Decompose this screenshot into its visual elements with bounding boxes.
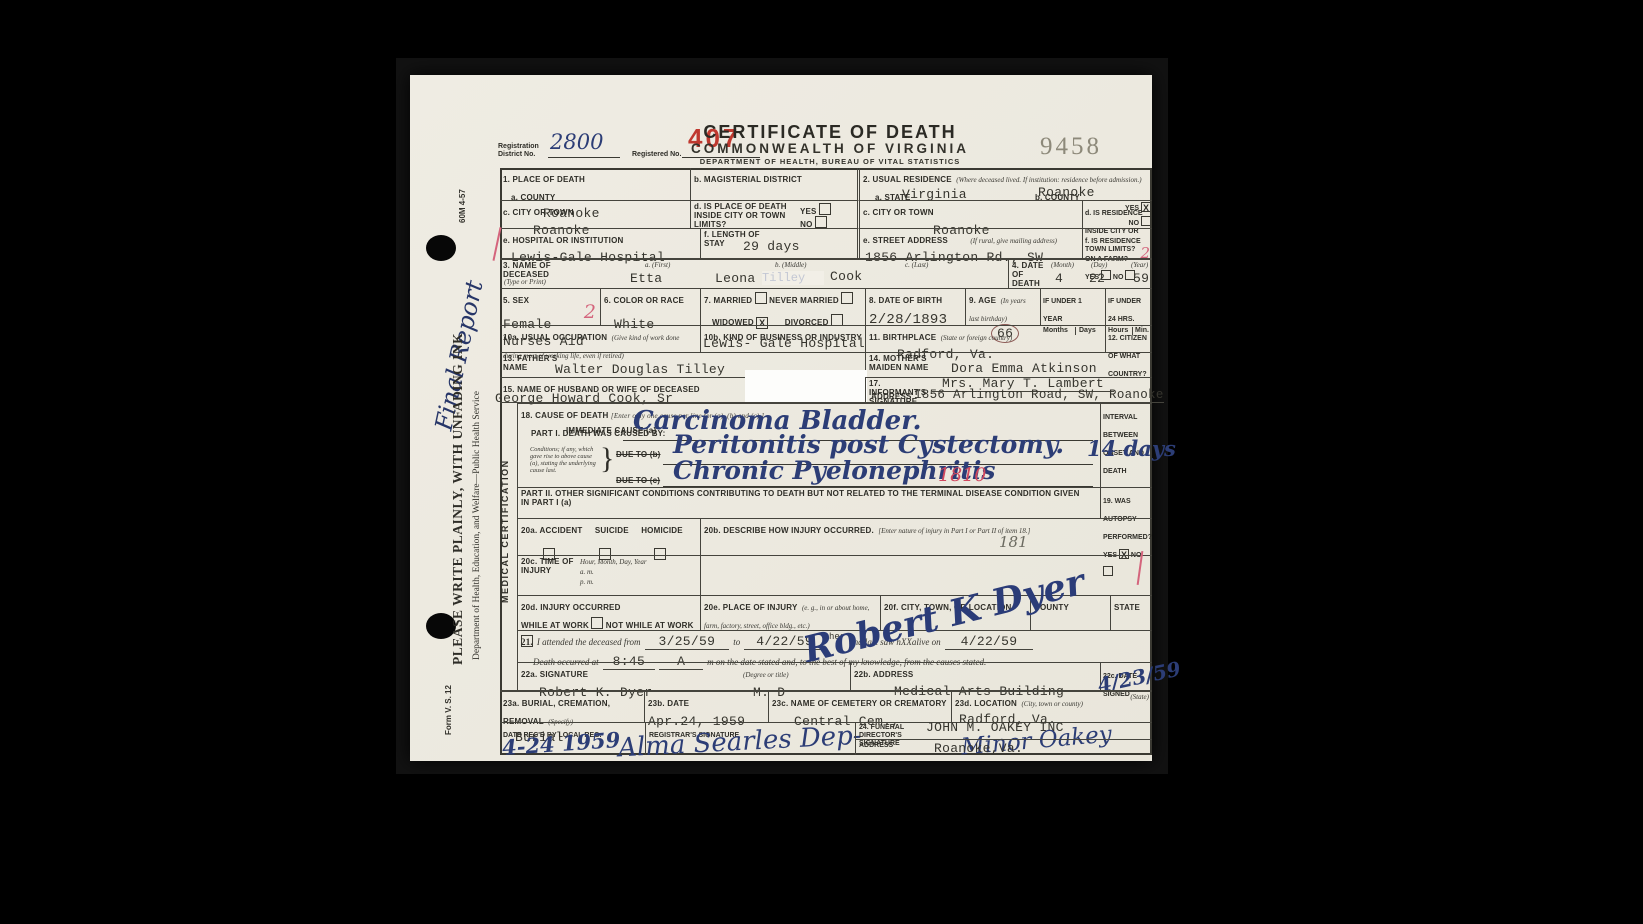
residence-label: 2. USUAL RESIDENCE	[863, 175, 952, 184]
field-residence-limits: d. IS RESIDENCE INSIDE CITY OR TOWN LIMI…	[1082, 200, 1152, 228]
name-middle-value: Leona	[715, 271, 756, 286]
place-city-label: c. CITY OR TOWN	[503, 208, 574, 217]
cause-label: 18. CAUSE OF DEATH	[521, 411, 608, 420]
death-date-label: 4. DATE OF DEATH	[1012, 261, 1046, 288]
informant-address-label: ADDRESS	[871, 392, 912, 401]
fd-address-label: ADDRESS	[859, 742, 893, 750]
field-birthplace: 11. BIRTHPLACE (State or foreign country…	[865, 325, 1105, 352]
marital-num: 7.	[704, 296, 711, 305]
stay-value: 29 days	[743, 239, 800, 254]
cause-b-value: Peritonitis post Cystectomy.	[673, 430, 1064, 459]
residence-county-value: Roanoke	[1038, 185, 1095, 200]
field-informant: 17. INFORMANT'S SIGNATURE Mrs. Mary T. L…	[865, 377, 1152, 402]
field-date-signed: 22c. DATE SIGNED 4/23/59	[1100, 662, 1152, 690]
residence-limits-yes-mark: X	[1143, 203, 1149, 213]
injury-a-num: 20a.	[521, 526, 537, 535]
marital-married-checkbox	[755, 292, 767, 304]
death-month-label: (Month)	[1051, 261, 1074, 269]
cause-part2: PART II. OTHER SIGNIFICANT CONDITIONS CO…	[521, 489, 1081, 507]
injury-e-label: 20e. PLACE OF INJURY	[704, 603, 798, 612]
field-length-of-stay: f. LENGTH OF STAY 29 days	[700, 228, 857, 258]
injury-c-note1: Hour, Month, Day, Year	[580, 558, 647, 566]
place-limits-yes-checkbox	[819, 203, 831, 215]
field-injury-describe-right	[1100, 518, 1152, 555]
residence-city-label: c. CITY OR TOWN	[863, 208, 934, 217]
department-margin-text: Department of Health, Education, and Wel…	[472, 270, 482, 660]
interval-b-value: 14 days	[1087, 436, 1176, 461]
field-age: 9. AGE (In years last birthday) 66	[965, 288, 1040, 325]
attend-num: 21.	[521, 637, 533, 647]
field-sex: 5. SEX Female 2	[500, 288, 600, 325]
injury-state-label: STATE	[1114, 603, 1140, 612]
field-if-under-24-hrs: IF UNDER 24 HRS. Hours Min.	[1105, 288, 1152, 325]
place-label: 1. PLACE OF DEATH	[503, 175, 585, 184]
under1-label: IF UNDER 1 YEAR	[1043, 298, 1082, 323]
sex-red-mark: 2	[584, 301, 596, 323]
field-burial-date: 23b. DATE Apr.24, 1959	[644, 690, 768, 722]
field-degree: (Degree or title) M. D	[740, 662, 850, 690]
field-magisterial-district: b. MAGISTERIAL DISTRICT	[690, 168, 857, 200]
residence-limits-no-checkbox	[1141, 216, 1151, 226]
field-address-22b: 22b. ADDRESS Medical Arts Building	[850, 662, 1100, 690]
injury-d-not: NOT WHILE AT WORK	[606, 621, 694, 630]
field-race: 6. COLOR OR RACE White	[600, 288, 700, 325]
field-residence-city: c. CITY OR TOWN Roanoke	[857, 200, 1082, 228]
injury-d-while: WHILE AT WORK	[521, 621, 589, 630]
medical-certification-label: MEDICAL CERTIFICATION	[500, 403, 515, 659]
sex-label: 5. SEX	[503, 296, 529, 305]
field-residence-farm: f. IS RESIDENCE ON A FARM? YES NO 2	[1082, 228, 1152, 258]
write-plainly-text: PLEASE WRITE PLAINLY, WITH UNFADING INK	[450, 265, 466, 665]
field-autopsy: 19. WAS AUTOPSY PERFORMED? YES X NO	[1100, 487, 1152, 518]
field-occupation: 10a. USUAL OCCUPATION (Give kind of work…	[500, 325, 700, 352]
burial-d-label: 23d. LOCATION	[955, 699, 1017, 708]
residence-limits-yes-label: YES	[1125, 205, 1139, 212]
punch-hole-top	[426, 235, 456, 261]
residence-label-note: (Where deceased lived. If institution: r…	[956, 176, 1141, 184]
field-date-of-birth: 8. DATE OF BIRTH 2/28/1893	[865, 288, 965, 325]
name-first-label: a. (First)	[645, 261, 670, 269]
birthplace-label: 11. BIRTHPLACE	[869, 333, 936, 342]
certificate-title: CERTIFICATE OF DEATH	[620, 122, 1040, 143]
burial-c-label: 23c. NAME OF CEMETERY OR CREMATORY	[772, 699, 947, 708]
injury-accident-label: ACCIDENT	[540, 526, 583, 535]
field-marital-status: 7. MARRIED NEVER MARRIED WIDOWED X DIVOR…	[700, 288, 865, 325]
father-value: Walter Douglas Tilley	[555, 362, 725, 377]
reg-district-label: Registration District No.	[498, 143, 550, 159]
father-label: 13. FATHER'S NAME	[503, 354, 563, 372]
marital-never-label: NEVER MARRIED	[769, 296, 839, 305]
informant-address-value: 1856 Arlington Road, SW, Roanoke	[914, 388, 1164, 403]
injury-homicide-label: HOMICIDE	[641, 526, 683, 535]
field-spouse-name: 15. NAME OF HUSBAND OR WIFE OF DECEASED …	[500, 377, 865, 402]
injury-c-label: 20c. TIME OF INJURY	[521, 557, 583, 575]
field-injury-state: STATE	[1110, 595, 1152, 630]
name-note: (Type or Print)	[504, 278, 546, 286]
sig22-b-label: 22b. ADDRESS	[854, 670, 913, 679]
name-first-value: Etta	[630, 271, 662, 286]
reg-district-value: 2800	[550, 130, 603, 154]
burial-d-note: (City, town or county)	[1021, 700, 1082, 708]
injury-b-label: 20b. DESCRIBE HOW INJURY OCCURRED.	[704, 526, 874, 535]
death-year-label: (Year)	[1131, 261, 1148, 269]
under24-label: IF UNDER 24 HRS.	[1108, 298, 1141, 323]
scanned-death-certificate: 60M 4-57 Final Report PLEASE WRITE PLAIN…	[0, 0, 1643, 924]
field-cause-of-death: 18. CAUSE OF DEATH [Enter only one cause…	[517, 402, 1100, 487]
field-injury-type: 20a. ACCIDENT SUICIDE HOMICIDE	[517, 518, 700, 555]
field-registrar-signature: REGISTRAR'S SIGNATURE Alma Searles Dep-	[645, 722, 855, 755]
name-last-label: c. (Last)	[905, 261, 928, 269]
field-hospital: e. HOSPITAL OR INSTITUTION Lewis-Gale Ho…	[500, 228, 700, 258]
mother-label: 14. MOTHER'S MAIDEN NAME	[869, 354, 949, 372]
place-limits-yes-label: YES	[800, 207, 817, 216]
field-injury-describe: 20b. DESCRIBE HOW INJURY OCCURRED. [Ente…	[700, 518, 1100, 555]
certificate-paper: 60M 4-57 Final Report PLEASE WRITE PLAIN…	[410, 75, 1152, 761]
injury-c-note3: p. m.	[580, 578, 594, 586]
injury-b-pencil: 181	[999, 533, 1028, 551]
field-signature-22a: 22a. SIGNATURE Robert K. Dyer	[517, 662, 740, 690]
name-label: 3. NAME OF DECEASED	[503, 261, 565, 279]
reg-district-line	[548, 157, 620, 158]
sig22-a-label: 22a. SIGNATURE	[521, 670, 588, 679]
form-number: Form V. S. 12	[444, 675, 453, 735]
magisterial-label: b. MAGISTERIAL DISTRICT	[694, 175, 802, 184]
name-last-value: Cook	[830, 269, 862, 284]
death-year-value: 59	[1133, 271, 1149, 286]
marital-never-checkbox	[841, 292, 853, 304]
field-date-of-death: 4. DATE OF DEATH (Month) (Day) (Year) 4 …	[1008, 258, 1152, 288]
field-street-address: e. STREET ADDRESS (If rural, give mailin…	[857, 228, 1082, 258]
place-limits-no-checkbox	[815, 216, 827, 228]
field-part2: PART II. OTHER SIGNIFICANT CONDITIONS CO…	[517, 487, 1100, 518]
field-place-limits: d. IS PLACE OF DEATH INSIDE CITY OR TOWN…	[690, 200, 857, 228]
place-limits-label: d. IS PLACE OF DEATH INSIDE CITY OR TOWN…	[694, 202, 799, 229]
name-whiteout-ghost: Tilley	[762, 271, 824, 285]
name-middle-label: b. (Middle)	[775, 261, 807, 269]
field-citizen: 12. CITIZEN OF WHAT COUNTRY?	[1105, 325, 1152, 352]
cause-c-code: 1810	[938, 464, 986, 486]
race-label: 6. COLOR OR RACE	[604, 296, 684, 305]
injury-c-note2: a. m.	[580, 568, 594, 576]
attend-from-value: 3/25/59	[645, 634, 730, 650]
reg-sig-value: Alma Searles Dep-	[617, 721, 862, 764]
degree-label: (Degree or title)	[743, 671, 789, 679]
commonwealth-subtitle: COMMONWEALTH OF VIRGINIA	[620, 141, 1040, 156]
print-code: 60M 4-57	[458, 153, 467, 223]
field-cemetery: 23c. NAME OF CEMETERY OR CREMATORY Centr…	[768, 690, 951, 722]
cause-due-c-label: DUE TO (c)	[616, 476, 660, 485]
field-place-of-death-county: 1. PLACE OF DEATH a. COUNTY Roanoke	[500, 168, 690, 200]
field-injury-at-work: 20d. INJURY OCCURRED WHILE AT WORK NOT W…	[517, 595, 700, 630]
field-burial: 23a. BURIAL, CREMATION, REMOVAL (Specify…	[500, 690, 644, 722]
birth-label: 8. DATE OF BIRTH	[869, 296, 942, 305]
fd-address-divider	[855, 739, 1152, 740]
attend-text1: I attended the deceased from	[537, 637, 641, 647]
mother-value: Dora Emma Atkinson	[951, 361, 1097, 376]
field-injury-time: 20c. TIME OF INJURY Hour, Month, Day, Ye…	[517, 555, 700, 595]
residence-limits-no-label: NO	[1129, 220, 1140, 227]
serial-number: 9458	[1040, 133, 1102, 161]
street-label: e. STREET ADDRESS	[863, 236, 948, 245]
cause-conditions-note: Conditions; if any, which gave rise to a…	[530, 446, 600, 474]
attend-last-value: 4/22/59	[945, 634, 1034, 650]
injury-suicide-label: SUICIDE	[595, 526, 629, 535]
street-note: (If rural, give mailing address)	[970, 237, 1057, 245]
burial-b-label: 23b. DATE	[648, 699, 689, 708]
conditions-brace: }	[600, 442, 614, 476]
field-burial-state: (State)	[1110, 690, 1152, 722]
birthplace-note: (State or foreign country)	[941, 334, 1012, 342]
field-if-under-1-year: IF UNDER 1 YEAR Months Days	[1040, 288, 1105, 325]
death-month-value: 4	[1055, 271, 1063, 286]
field-burial-location: 23d. LOCATION (City, town or county) Rad…	[951, 690, 1110, 722]
cause-due-b-label: DUE TO (b)	[616, 450, 661, 459]
age-label: 9. AGE	[969, 296, 996, 305]
field-usual-residence: 2. USUAL RESIDENCE (Where deceased lived…	[857, 168, 1152, 200]
occupation-value: Nurses Aid	[503, 334, 584, 349]
fd-address-value: Roanoke,Va.	[934, 741, 1023, 756]
redaction-box	[745, 370, 867, 402]
medical-certification-strip: MEDICAL CERTIFICATION	[500, 402, 517, 662]
burial-state-note: (State)	[1130, 693, 1149, 701]
department-subtitle: DEPARTMENT OF HEALTH, BUREAU OF VITAL ST…	[620, 157, 1040, 166]
injury-while-checkbox	[591, 617, 603, 629]
field-funeral-director: 24. FUNERAL DIRECTOR'S SIGNATURE JOHN M.…	[855, 722, 1152, 755]
red-pencil-stroke-2	[1137, 551, 1144, 585]
death-day-value: 22	[1089, 271, 1105, 286]
hospital-label: e. HOSPITAL OR INSTITUTION	[503, 236, 623, 245]
field-business: 10b. KIND OF BUSINESS OR INDUSTRY Lewis-…	[700, 325, 865, 352]
marital-married-label: MARRIED	[714, 296, 753, 305]
field-place-city: c. CITY OR TOWN Roanoke	[500, 200, 690, 228]
field-mother-name: 14. MOTHER'S MAIDEN NAME Dora Emma Atkin…	[865, 352, 1152, 377]
attend-to-word: to	[733, 637, 740, 647]
field-name-of-deceased: 3. NAME OF DECEASED (Type or Print) a. (…	[500, 258, 1008, 288]
injury-d-label: 20d. INJURY OCCURRED	[521, 603, 621, 612]
field-interval: INTERVAL BETWEEN ONSET AND DEATH 14 days	[1100, 402, 1152, 487]
business-value: Lewis- Gale Hospital	[703, 336, 865, 351]
death-day-label: (Day)	[1091, 261, 1107, 269]
